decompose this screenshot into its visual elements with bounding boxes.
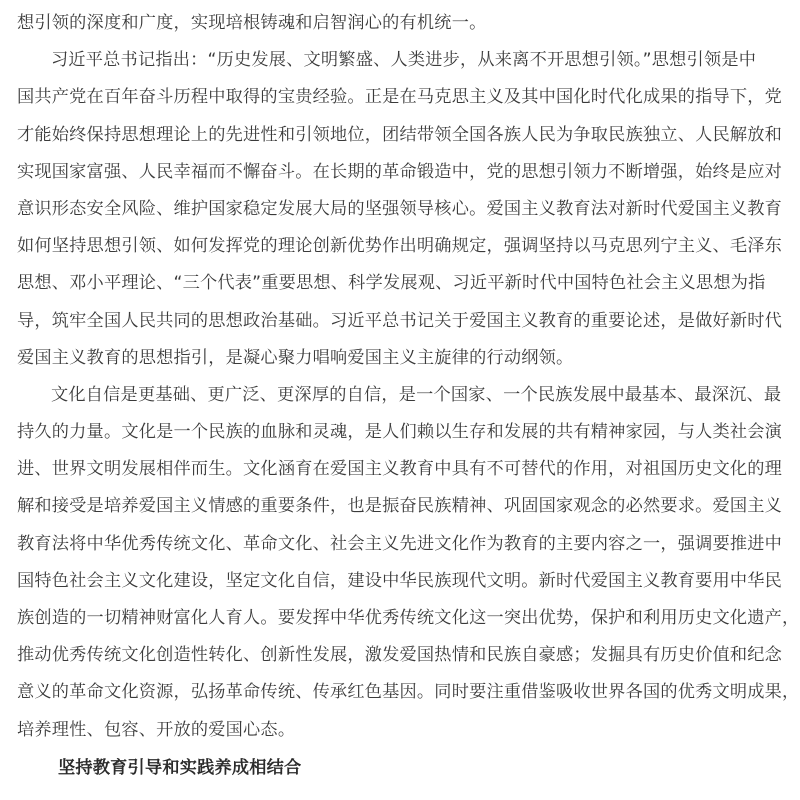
article-body: 想引领的深度和广度，实现培根铸魂和启智润心的有机统一。 习近平总书记指出：“历史… [17, 5, 787, 787]
paragraph-cultural-confidence: 文化自信是更基础、更广泛、更深厚的自信，是一个国家、一个民族发展中最基本、最深沉… [17, 377, 787, 749]
text-line: 国共产党在百年奋斗历程中取得的宝贵经验。正是在马克思主义及其中国化时代化成果的指… [17, 79, 787, 116]
text-line: 才能始终保持思想理论上的先进性和引领地位，团结带领全国各族人民为争取民族独立、人… [17, 117, 787, 154]
text-line: 国特色社会主义文化建设，坚定文化自信，建设中华民族现代文明。新时代爱国主义教育要… [17, 563, 787, 600]
text-line: 推动优秀传统文化创造性转化、创新性发展，激发爱国热情和民族自豪感；发掘具有历史价… [17, 637, 787, 674]
text-line: 培养理性、包容、开放的爱国心态。 [17, 712, 787, 749]
text-line: 教育法将中华优秀传统文化、革命文化、社会主义先进文化作为教育的主要内容之一，强调… [17, 526, 787, 563]
text-line: 思想、邓小平理论、“三个代表”重要思想、科学发展观、习近平新时代中国特色社会主义… [17, 265, 787, 302]
paragraph-thought-guidance: 习近平总书记指出：“历史发展、文明繁盛、人类进步，从来离不开思想引领。”思想引领… [17, 42, 787, 377]
text-line: 如何坚持思想引领、如何发挥党的理论创新优势作出明确规定，强调坚持以马克思列宁主义… [17, 228, 787, 265]
paragraph-intro-tail: 想引领的深度和广度，实现培根铸魂和启智润心的有机统一。 [17, 5, 787, 42]
text-line: 解和接受是培养爱国主义情感的重要条件，也是振奋民族精神、巩固国家观念的必然要求。… [17, 488, 787, 525]
text-line: 爱国主义教育的思想指引，是凝心聚力唱响爱国主义主旋律的行动纲领。 [17, 340, 787, 377]
text-line: 习近平总书记指出：“历史发展、文明繁盛、人类进步，从来离不开思想引领。”思想引领… [17, 42, 787, 79]
text-line: 意识形态安全风险、维护国家稳定发展大局的坚强领导核心。爱国主义教育法对新时代爱国… [17, 191, 787, 228]
text-line: 实现国家富强、人民幸福而不懈奋斗。在长期的革命锻造中，党的思想引领力不断增强，始… [17, 154, 787, 191]
text-line: 导，筑牢全国人民共同的思想政治基础。习近平总书记关于爱国主义教育的重要论述，是做… [17, 303, 787, 340]
text-line: 进、世界文明发展相伴而生。文化涵育在爱国主义教育中具有不可替代的作用，对祖国历史… [17, 451, 787, 488]
text-line: 族创造的一切精神财富化人育人。要发挥中华优秀传统文化这一突出优势，保护和利用历史… [17, 600, 787, 637]
text-line: 意义的革命文化资源，弘扬革命传统、传承红色基因。同时要注重借鉴吸收世界各国的优秀… [17, 674, 787, 711]
text-line: 想引领的深度和广度，实现培根铸魂和启智润心的有机统一。 [17, 5, 787, 42]
text-line: 文化自信是更基础、更广泛、更深厚的自信，是一个国家、一个民族发展中最基本、最深沉… [17, 377, 787, 414]
section-heading: 坚持教育引导和实践养成相结合 [17, 750, 787, 787]
text-line: 持久的力量。文化是一个民族的血脉和灵魂，是人们赖以生存和发展的共有精神家园，与人… [17, 414, 787, 451]
